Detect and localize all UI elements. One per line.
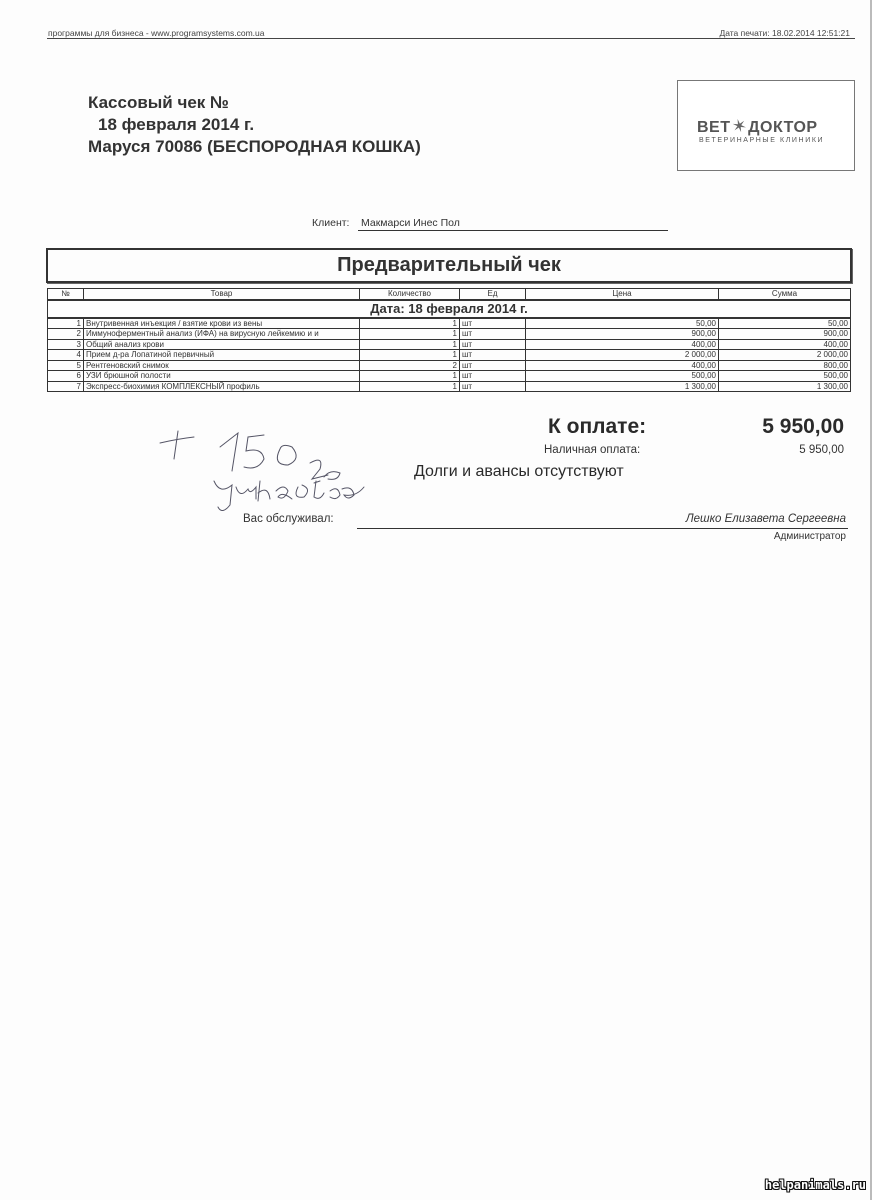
sum: 2 000,00 [719,350,851,361]
software-credit: программы для бизнеса - www.programsyste… [48,28,264,38]
quantity: 1 [360,371,460,382]
quantity: 2 [360,360,460,371]
table-row: 5Рентгеновский снимок2шт400,00800,00 [48,360,851,371]
col-price: Цена [526,289,719,300]
item-name: Экспресс-биохимия КОМПЛЕКСНЫЙ профиль [84,381,360,392]
item-name: Прием д-ра Лопатиной первичный [84,350,360,361]
row-number: 7 [48,381,84,392]
row-number: 3 [48,339,84,350]
price: 900,00 [526,329,719,340]
quantity: 1 [360,350,460,361]
unit: шт [460,371,526,382]
cash-value: 5 950,00 [799,444,844,456]
col-quantity: Количество [360,289,460,300]
col-number: № [48,289,84,300]
row-number: 5 [48,360,84,371]
price: 2 000,00 [526,350,719,361]
cat-splat-icon: ✶ [729,114,749,138]
clinic-logo: ВЕТ✶ДОКТОР ВЕТЕРИНАРНЫЕ КЛИНИКИ [677,80,855,171]
sum: 800,00 [719,360,851,371]
item-name: Общий анализ крови [84,339,360,350]
quantity: 1 [360,381,460,392]
sum: 1 300,00 [719,381,851,392]
price: 50,00 [526,318,719,329]
sum: 500,00 [719,371,851,382]
receipt-date: 18 февраля 2014 г. [88,114,421,136]
table-row: 2Иммуноферментный анализ (ИФА) на вирусн… [48,329,851,340]
row-number: 2 [48,329,84,340]
site-watermark: helpanimals.ru [765,1178,866,1192]
table-row: 3Общий анализ крови1шт400,00400,00 [48,339,851,350]
receipt-number: Кассовый чек № [88,92,421,114]
logo-text-right: ДОКТОР [748,119,818,136]
item-name: УЗИ брюшной полости [84,371,360,382]
debts-status: Долги и авансы отсутствуют [414,463,624,481]
logo-text-left: ВЕТ [697,119,731,136]
quantity: 1 [360,329,460,340]
unit: шт [460,329,526,340]
item-name: Внутривенная инъекция / взятие крови из … [84,318,360,329]
quantity: 1 [360,339,460,350]
table-row: 4Прием д-ра Лопатиной первичный1шт2 000,… [48,350,851,361]
unit: шт [460,350,526,361]
price: 1 300,00 [526,381,719,392]
date-row-label: Дата: 18 февраля 2014 г. [48,300,851,318]
signature-line [357,528,848,529]
handwritten-note [152,425,382,520]
row-number: 6 [48,371,84,382]
table-row: 7Экспресс-биохимия КОМПЛЕКСНЫЙ профиль1ш… [48,381,851,392]
table-row: 1Внутривенная инъекция / взятие крови из… [48,318,851,329]
total-label: К оплате: [548,415,646,439]
sum: 400,00 [719,339,851,350]
patient-name: Маруся 70086 (БЕСПОРОДНАЯ КОШКА) [88,136,421,158]
item-name: Иммуноферментный анализ (ИФА) на вирусну… [84,329,360,340]
col-sum: Сумма [719,289,851,300]
row-number: 4 [48,350,84,361]
table-row: 6УЗИ брюшной полости1шт500,00500,00 [48,371,851,382]
staff-name: Лешко Елизавета Сергеевна [686,513,846,525]
unit: шт [460,318,526,329]
client-name: Макмарси Инес Пол [358,217,668,231]
items-table: № Товар Количество Ед Цена Сумма Дата: 1… [47,288,851,392]
col-unit: Ед [460,289,526,300]
print-date: Дата печати: 18.02.2014 12:51:21 [719,28,850,38]
served-by-label: Вас обслуживал: [243,513,334,525]
item-name: Рентгеновский снимок [84,360,360,371]
price: 400,00 [526,360,719,371]
date-row: Дата: 18 февраля 2014 г. [48,300,851,318]
price: 400,00 [526,339,719,350]
receipt-header: Кассовый чек № 18 февраля 2014 г. Маруся… [88,92,421,158]
staff-role: Администратор [774,531,846,542]
table-header: № Товар Количество Ед Цена Сумма [48,289,851,300]
header-divider [47,38,855,39]
cash-label: Наличная оплата: [544,444,640,456]
price: 500,00 [526,371,719,382]
row-number: 1 [48,318,84,329]
unit: шт [460,339,526,350]
col-item: Товар [84,289,360,300]
client-label: Клиент: [312,217,349,229]
receipt-title: Предварительный чек [46,248,852,283]
unit: шт [460,360,526,371]
unit: шт [460,381,526,392]
sum: 50,00 [719,318,851,329]
quantity: 1 [360,318,460,329]
logo-tagline: ВЕТЕРИНАРНЫЕ КЛИНИКИ [699,137,824,144]
total-value: 5 950,00 [762,415,844,439]
sum: 900,00 [719,329,851,340]
